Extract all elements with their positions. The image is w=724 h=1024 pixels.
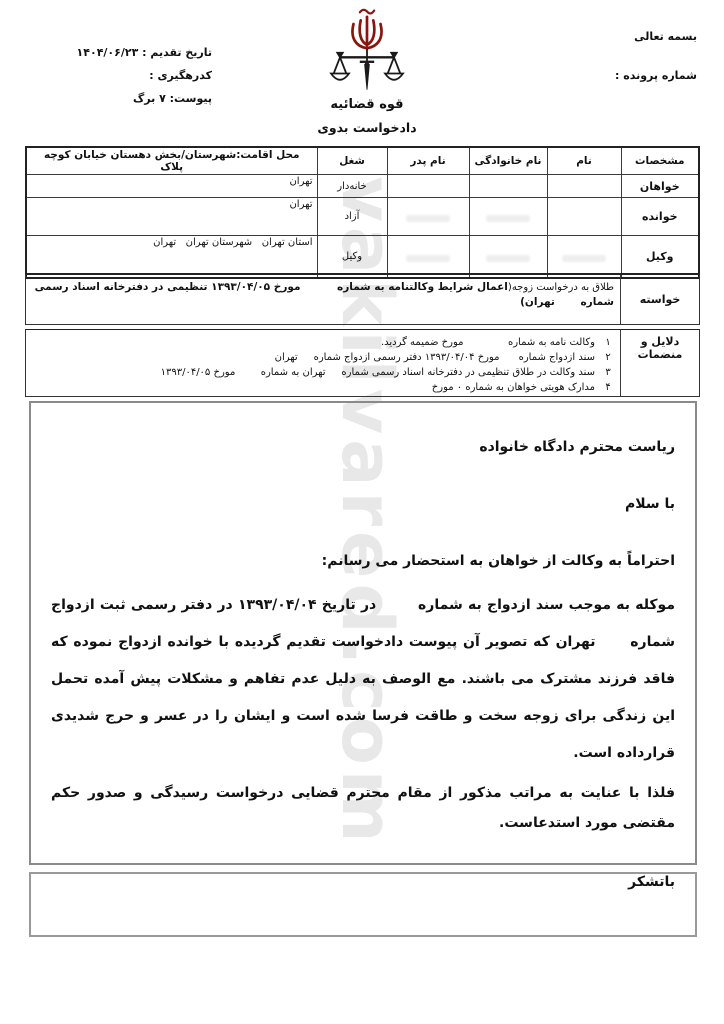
- evidence-item-text: سند ازدواج شماره مورخ ۱۳۹۳/۰۴/۰۴ دفتر رس…: [32, 350, 595, 365]
- redacted-text: [406, 255, 450, 262]
- iran-judiciary-emblem-icon: [325, 6, 409, 100]
- evidence-item-number: ۴: [602, 380, 614, 395]
- intro-text: احتراماً به وکالت از خواهان به استحضار م…: [51, 553, 675, 569]
- plaintiff-job-cell: خانه‌دار: [317, 175, 387, 198]
- col-header-father-name: نام پدر: [387, 147, 469, 175]
- submission-date: تاریخ تقدیم : ۱۴۰۴/۰۶/۲۳: [20, 46, 212, 59]
- court-salutation: ریاست محترم دادگاه خانواده: [51, 439, 675, 455]
- evidence-item: ۱ وکالت نامه به شماره مورخ ضمیمه گردید.: [32, 335, 614, 350]
- petition-body-section: ریاست محترم دادگاه خانواده با سلام احترا…: [29, 401, 697, 865]
- col-header-job: شغل: [317, 147, 387, 175]
- signature-empty-box: [29, 872, 697, 937]
- table-header-row: مشخصات نام نام خانوادگی نام پدر شغل محل …: [26, 147, 699, 175]
- case-number-label: شماره پرونده :: [615, 69, 697, 82]
- redacted-text: [406, 215, 450, 222]
- redacted-text: [486, 255, 530, 262]
- claim-text-prefix: طلاق به درخواست زوجه(: [508, 282, 614, 293]
- defendant-name-cell: [547, 198, 621, 236]
- plaintiff-father-name-cell: [387, 175, 469, 198]
- plaintiff-label: خواهان: [621, 175, 699, 198]
- plaintiff-family-name-cell: [469, 175, 547, 198]
- col-header-residence: محل اقامت:شهرستان/بخش دهستان خیابان کوچه…: [26, 147, 317, 175]
- defendant-family-name-cell: [469, 198, 547, 236]
- plaintiff-row: خواهان خانه‌دار تهران: [26, 175, 699, 198]
- evidence-item: ۲ سند ازدواج شماره مورخ ۱۳۹۳/۰۴/۰۴ دفتر …: [32, 350, 614, 365]
- plaintiff-residence-cell: تهران: [26, 175, 317, 198]
- evidence-item-number: ۳: [602, 365, 614, 380]
- header-right-block: بسمه تعالی شماره پرونده :: [615, 30, 697, 82]
- divorce-petition-document: vakilvared.com بسمه تعالی شماره پرونده :…: [0, 0, 724, 1024]
- evidence-item-text: سند وکالت در طلاق تنظیمی در دفترخانه اسن…: [32, 365, 595, 380]
- header-left-block: تاریخ تقدیم : ۱۴۰۴/۰۶/۲۳ کدرهگیری : پیوس…: [20, 46, 212, 115]
- evidence-item-number: ۲: [602, 350, 614, 365]
- lawyer-label: وکیل: [621, 236, 699, 278]
- evidence-item-number: ۱: [602, 335, 614, 350]
- lawyer-job-cell: وکیل: [317, 236, 387, 278]
- lawyer-name-cell: [547, 236, 621, 278]
- attachments-count: پیوست: ۷ برگ: [20, 92, 212, 105]
- plaintiff-name-cell: [547, 175, 621, 198]
- defendant-residence-cell: تهران: [26, 198, 317, 236]
- bismillah-text: بسمه تعالی: [615, 30, 697, 43]
- evidence-item: ۴ مدارک هویتی خواهان به شماره ۰ مورخ: [32, 380, 614, 395]
- lawyer-row: وکیل وکیل استان تهران شهرستان تهران تهرا…: [26, 236, 699, 278]
- evidence-section: دلایل و منضمات ۱ وکالت نامه به شماره مور…: [25, 329, 700, 397]
- parties-table: مشخصات نام نام خانوادگی نام پدر شغل محل …: [25, 146, 700, 279]
- greeting-text: با سلام: [51, 496, 675, 512]
- col-header-name: نام: [547, 147, 621, 175]
- petition-closing-text: فلذا با عنایت به مراتب مذکور از مقام محت…: [51, 778, 675, 838]
- claim-content: طلاق به درخواست زوجه(اعمال شرایط وکالتنا…: [26, 275, 620, 324]
- claim-label: خواسته: [620, 275, 699, 324]
- redacted-text: [562, 255, 606, 262]
- evidence-item-text: وکالت نامه به شماره مورخ ضمیمه گردید.: [32, 335, 595, 350]
- defendant-job-cell: آزاد: [317, 198, 387, 236]
- judiciary-title: قوه قضائیه: [300, 97, 434, 112]
- defendant-row: خوانده آزاد تهران: [26, 198, 699, 236]
- tracking-code-label: کدرهگیری :: [20, 69, 212, 82]
- lawyer-father-name-cell: [387, 236, 469, 278]
- claim-section: خواسته طلاق به درخواست زوجه(اعمال شرایط …: [25, 273, 700, 325]
- lawyer-residence-cell: استان تهران شهرستان تهران تهران: [26, 236, 317, 278]
- lawyer-family-name-cell: [469, 236, 547, 278]
- evidence-item-text: مدارک هویتی خواهان به شماره ۰ مورخ: [32, 380, 595, 395]
- evidence-label: دلایل و منضمات: [620, 330, 699, 396]
- petition-body-text: موکله به موجب سند ازدواج به شماره در تار…: [51, 587, 675, 772]
- defendant-father-name-cell: [387, 198, 469, 236]
- redacted-text: [486, 215, 530, 222]
- evidence-content: ۱ وکالت نامه به شماره مورخ ضمیمه گردید. …: [26, 330, 620, 396]
- col-header-family-name: نام خانوادگی: [469, 147, 547, 175]
- defendant-label: خوانده: [621, 198, 699, 236]
- form-title: دادخواست بدوی: [290, 120, 444, 135]
- col-header-specs: مشخصات: [621, 147, 699, 175]
- evidence-item: ۳ سند وکالت در طلاق تنظیمی در دفترخانه ا…: [32, 365, 614, 380]
